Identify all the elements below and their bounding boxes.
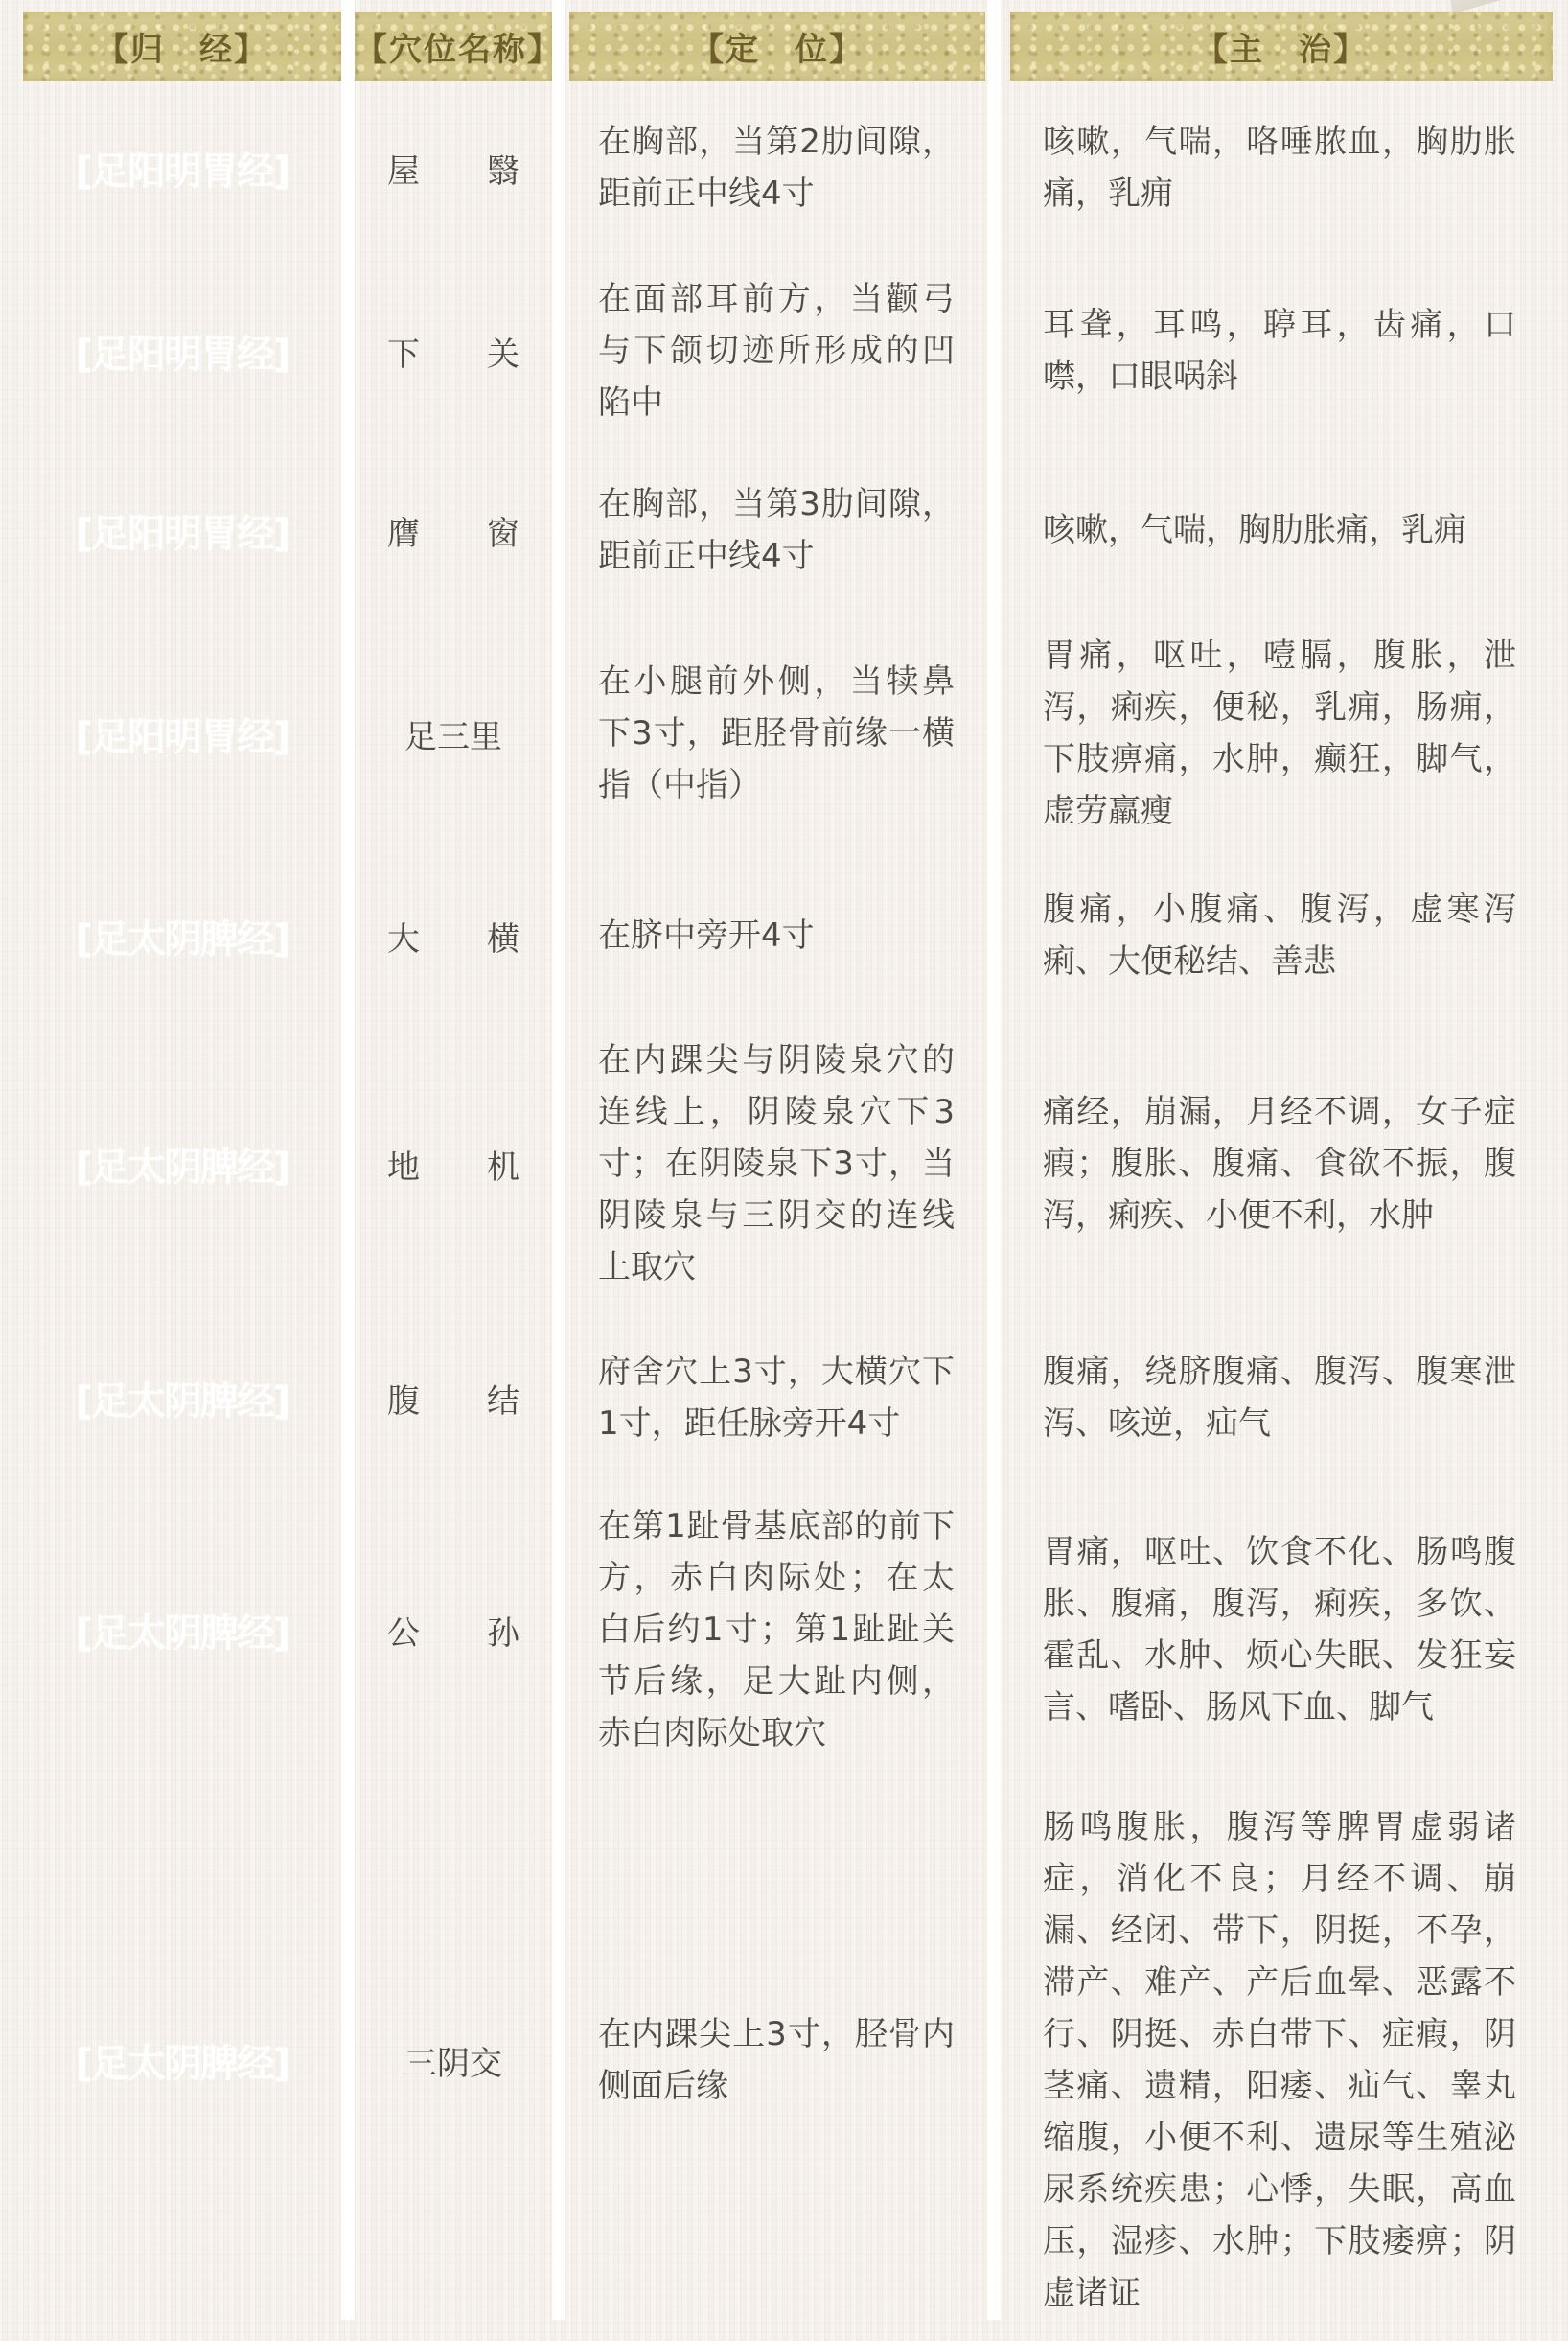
indication-text: 耳聋，耳鸣，聤耳，齿痛，口噤，口眼㖞斜	[1043, 299, 1516, 403]
location-cell: 在小腿前外侧，当犊鼻下3寸，距胫骨前缘一横指（中指）	[598, 625, 955, 842]
acupoint-name: 足三里	[355, 625, 552, 842]
indication-cell: 胃痛，呕吐、饮食不化、肠鸣腹胀、腹痛，腹泻，痢疾，多饮、霍乱、水肿、烦心失眠、发…	[1043, 1495, 1516, 1764]
indication-text: 胃痛，呕吐、饮食不化、肠鸣腹胀、腹痛，腹泻，痢疾，多饮、霍乱、水肿、烦心失眠、发…	[1043, 1526, 1516, 1733]
table-row: [足阳明胃经] 屋 翳 在胸部，当第2肋间隙，距前正中线4寸 咳嗽，气喘，咯唾脓…	[0, 105, 1568, 230]
header-point-name: 【穴位名称】	[355, 12, 552, 81]
location-text: 在胸部，当第2肋间隙，距前正中线4寸	[598, 116, 955, 220]
acupoint-name: 三阴交	[355, 1796, 552, 2324]
table-row: [足阳明胃经] 下 关 在面部耳前方，当颧弓与下颌切迹所形成的凹陷中 耳聋，耳鸣…	[0, 247, 1568, 454]
table-row: [足太阴脾经] 三阴交 在内踝尖上3寸，胫骨内侧面后缘 肠鸣腹胀，腹泻等脾胃虚弱…	[0, 1796, 1568, 2324]
location-cell: 在面部耳前方，当颧弓与下颌切迹所形成的凹陷中	[598, 247, 955, 454]
indication-text: 腹痛，小腹痛、腹泻，虚寒泻痢、大便秘结、善悲	[1043, 884, 1516, 987]
acupoint-name: 下 关	[355, 247, 552, 454]
location-cell: 在内踝尖与阴陵泉穴的连线上，阴陵泉穴下3寸；在阴陵泉下3寸，当阴陵泉与三阴交的连…	[598, 1030, 955, 1298]
location-cell: 府舍穴上3寸，大横穴下1寸，距任脉旁开4寸	[598, 1342, 955, 1453]
acupoint-name: 膺 窗	[355, 468, 552, 592]
indication-cell: 咳嗽，气喘，胸肋胀痛，乳痈	[1043, 468, 1516, 592]
table-row: [足太阴脾经] 大 横 在脐中旁开4寸 腹痛，小腹痛、腹泻，虚寒泻痢、大便秘结、…	[0, 880, 1568, 991]
indication-cell: 胃痛，呕吐，噎膈，腹胀，泄泻，痢疾，便秘，乳痈，肠痈，下肢痹痛，水肿，癫狂，脚气…	[1043, 625, 1516, 842]
meridian-label: [足太阴脾经]	[29, 1796, 335, 2324]
meridian-label: [足阳明胃经]	[29, 625, 335, 842]
header-meridian: 【归 经】	[23, 12, 341, 81]
page-corner-fold	[1434, 0, 1501, 12]
meridian-label: [足阳明胃经]	[29, 247, 335, 454]
header-indication: 【主 治】	[1010, 12, 1553, 81]
table-row: [足太阴脾经] 公 孙 在第1趾骨基底部的前下方，赤白肉际处；在太白后约1寸；第…	[0, 1495, 1568, 1764]
location-text: 在脐中旁开4寸	[598, 910, 955, 962]
indication-cell: 痛经，崩漏，月经不调，女子症瘕；腹胀、腹痛、食欲不振，腹泻，痢疾、小便不利，水肿	[1043, 1030, 1516, 1298]
indication-cell: 腹痛，绕脐腹痛、腹泻、腹寒泄泻、咳逆，疝气	[1043, 1342, 1516, 1453]
location-cell: 在脐中旁开4寸	[598, 880, 955, 991]
meridian-label: [足太阴脾经]	[29, 1030, 335, 1298]
indication-text: 痛经，崩漏，月经不调，女子症瘕；腹胀、腹痛、食欲不振，腹泻，痢疾、小便不利，水肿	[1043, 1086, 1516, 1241]
location-text: 在小腿前外侧，当犊鼻下3寸，距胫骨前缘一横指（中指）	[598, 656, 955, 811]
location-cell: 在第1趾骨基底部的前下方，赤白肉际处；在太白后约1寸；第1趾趾关节后缘，足大趾内…	[598, 1495, 955, 1764]
indication-text: 肠鸣腹胀，腹泻等脾胃虚弱诸症，消化不良；月经不调、崩漏、经闭、带下，阴挺，不孕，…	[1043, 1801, 1516, 2319]
meridian-label: [足太阴脾经]	[29, 880, 335, 991]
table-row: [足太阴脾经] 地 机 在内踝尖与阴陵泉穴的连线上，阴陵泉穴下3寸；在阴陵泉下3…	[0, 1030, 1568, 1298]
table-row: [足太阴脾经] 腹 结 府舍穴上3寸，大横穴下1寸，距任脉旁开4寸 腹痛，绕脐腹…	[0, 1342, 1568, 1453]
acupoint-name: 地 机	[355, 1030, 552, 1298]
acupoint-name: 屋 翳	[355, 105, 552, 230]
acupoint-name: 腹 结	[355, 1342, 552, 1453]
location-cell: 在内踝尖上3寸，胫骨内侧面后缘	[598, 1796, 955, 2324]
acupoint-name: 公 孙	[355, 1495, 552, 1764]
indication-cell: 耳聋，耳鸣，聤耳，齿痛，口噤，口眼㖞斜	[1043, 247, 1516, 454]
table-header: 【归 经】 【穴位名称】 【定 位】 【主 治】	[0, 12, 1568, 81]
location-text: 在第1趾骨基底部的前下方，赤白肉际处；在太白后约1寸；第1趾趾关节后缘，足大趾内…	[598, 1500, 955, 1759]
location-text: 在内踝尖上3寸，胫骨内侧面后缘	[598, 2008, 955, 2112]
indication-cell: 肠鸣腹胀，腹泻等脾胃虚弱诸症，消化不良；月经不调、崩漏、经闭、带下，阴挺，不孕，…	[1043, 1796, 1516, 2324]
indication-text: 咳嗽，气喘，咯唾脓血，胸肋胀痛，乳痈	[1043, 116, 1516, 220]
table-row: [足阳明胃经] 足三里 在小腿前外侧，当犊鼻下3寸，距胫骨前缘一横指（中指） 胃…	[0, 625, 1568, 842]
location-text: 在内踝尖与阴陵泉穴的连线上，阴陵泉穴下3寸；在阴陵泉下3寸，当阴陵泉与三阴交的连…	[598, 1034, 955, 1293]
meridian-label: [足太阴脾经]	[29, 1495, 335, 1764]
indication-cell: 咳嗽，气喘，咯唾脓血，胸肋胀痛，乳痈	[1043, 105, 1516, 230]
acupoint-name: 大 横	[355, 880, 552, 991]
meridian-label: [足阳明胃经]	[29, 468, 335, 592]
indication-cell: 腹痛，小腹痛、腹泻，虚寒泻痢、大便秘结、善悲	[1043, 880, 1516, 991]
meridian-label: [足阳明胃经]	[29, 105, 335, 230]
table-row: [足阳明胃经] 膺 窗 在胸部，当第3肋间隙，距前正中线4寸 咳嗽，气喘，胸肋胀…	[0, 468, 1568, 592]
location-cell: 在胸部，当第3肋间隙，距前正中线4寸	[598, 468, 955, 592]
location-text: 在胸部，当第3肋间隙，距前正中线4寸	[598, 478, 955, 582]
location-text: 在面部耳前方，当颧弓与下颌切迹所形成的凹陷中	[598, 273, 955, 429]
indication-text: 胃痛，呕吐，噎膈，腹胀，泄泻，痢疾，便秘，乳痈，肠痈，下肢痹痛，水肿，癫狂，脚气…	[1043, 630, 1516, 837]
meridian-label: [足太阴脾经]	[29, 1342, 335, 1453]
indication-text: 腹痛，绕脐腹痛、腹泻、腹寒泄泻、咳逆，疝气	[1043, 1346, 1516, 1449]
location-cell: 在胸部，当第2肋间隙，距前正中线4寸	[598, 105, 955, 230]
location-text: 府舍穴上3寸，大横穴下1寸，距任脉旁开4寸	[598, 1346, 955, 1449]
indication-text: 咳嗽，气喘，胸肋胀痛，乳痈	[1043, 504, 1516, 556]
header-location: 【定 位】	[569, 12, 985, 81]
